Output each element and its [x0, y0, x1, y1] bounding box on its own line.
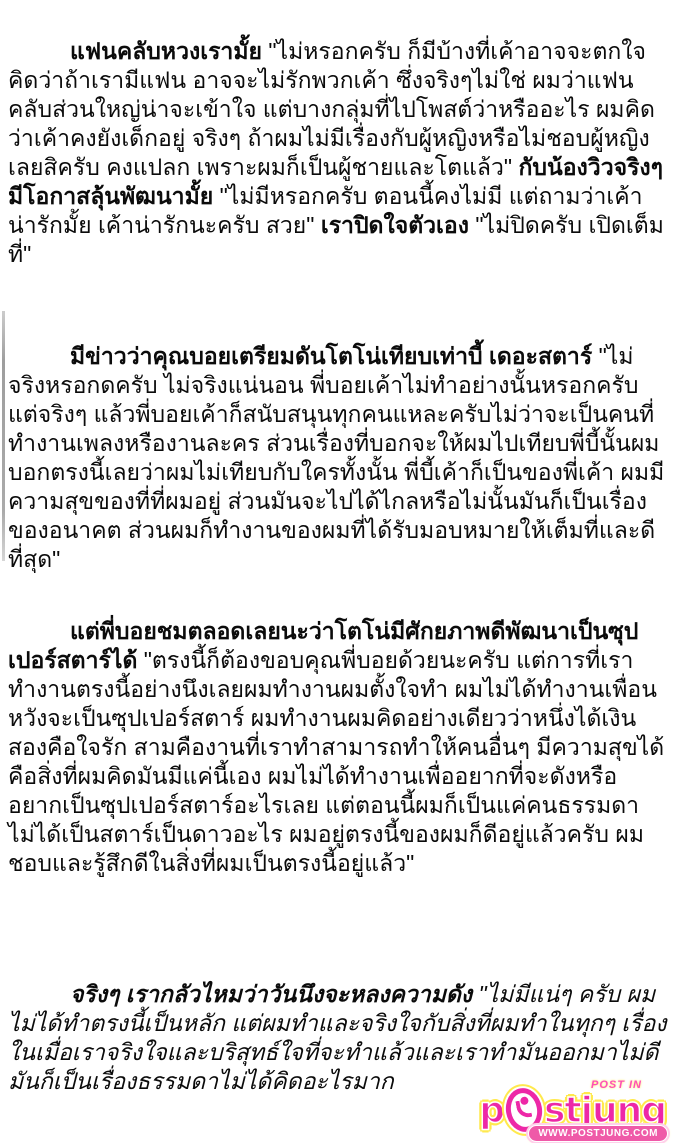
interview-question: แฟนคลับหวงเรามั้ย [70, 38, 268, 64]
interview-question: จริงๆ เรากลัวไหมว่าวันนึงจะหลงความดัง [70, 981, 478, 1007]
swirl-icon [515, 1099, 532, 1119]
article-body: แฟนคลับหวงเรามั้ย "ไม่หรอกครับ ก็มีบ้างท… [8, 0, 670, 1096]
paragraph-1: แฟนคลับหวงเรามั้ย "ไม่หรอกครับ ก็มีบ้างท… [8, 37, 670, 269]
quote-left-border [2, 311, 5, 561]
interview-question: เราปิดใจตัวเอง [321, 212, 476, 238]
page: แฟนคลับหวงเรามั้ย "ไม่หรอกครับ ก็มีบ้างท… [0, 0, 674, 1143]
site-url-banner: WWW.POSTJUNG.COM [528, 1125, 668, 1142]
interview-answer: "ไม่จริงหรอกดครับ ไม่จริงแน่นอน พี่บอยเค… [8, 343, 664, 572]
logo-text-p: p [479, 1090, 504, 1131]
paragraph-2: มีข่าวว่าคุณบอยเตรียมดันโตโน่เทียบเท่าบี… [8, 342, 670, 574]
interview-answer: "ตรงนี้ก็ต้องขอบคุณพี่บอยด้วยนะครับ แต่ก… [8, 647, 664, 876]
interview-question: มีข่าวว่าคุณบอยเตรียมดันโตโน่เทียบเท่าบี… [70, 343, 599, 369]
paragraph-3: แต่พี่บอยชมตลอดเลยนะว่าโตโน่มีศักยภาพดีพ… [8, 617, 670, 878]
postjung-watermark: POST IN p stjung WWW.POSTJUNG.COM [468, 1079, 668, 1143]
